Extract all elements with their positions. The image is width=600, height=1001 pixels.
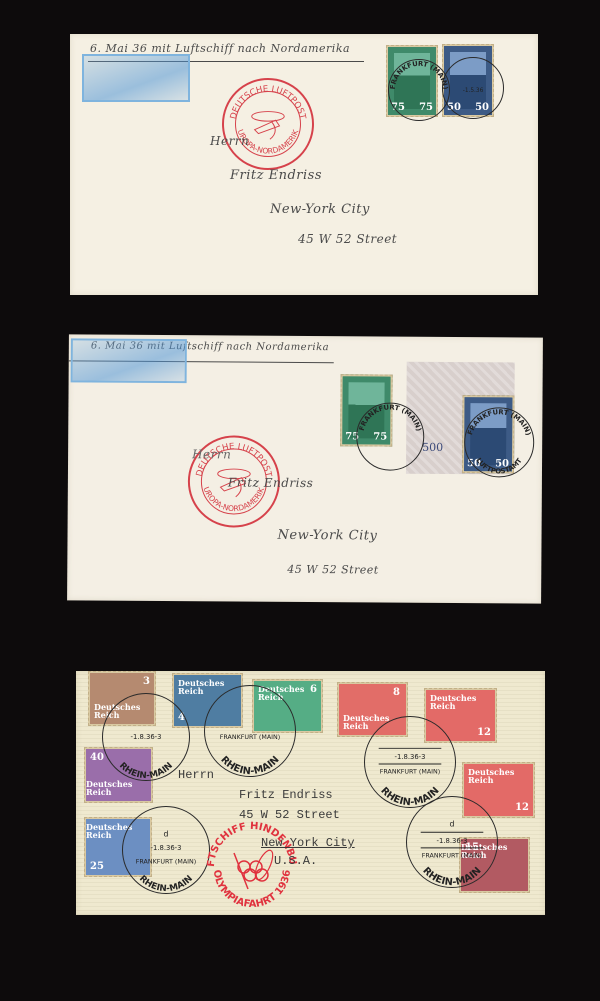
address-line: Fritz Endriss [228,475,314,490]
svg-text:LUFTPOSTAMT: LUFTPOSTAMT [474,456,524,475]
svg-text:d: d [450,819,455,828]
rhein-main-postmark: d -1.8.36-3 FRANKFURT (MAIN) RHEIN-MAIN [406,796,498,888]
sheet-margin-number: 500 [422,441,443,454]
zeppelin-plane-icon: DEUTSCHE LUFTPOST EUROPA-NORDAMERIKA [224,80,312,168]
svg-text:DEUTSCHE LUFTPOST: DEUTSCHE LUFTPOST [229,84,308,121]
svg-text:FRANKFURT (MAIN): FRANKFURT (MAIN) [358,403,423,432]
svg-text:FRANKFURT (MAIN): FRANKFURT (MAIN) [466,408,532,437]
deutsche-luftpost-cachet: DEUTSCHE LUFTPOST EUROPA-NORDAMERIKA [222,78,314,170]
address-line: New York City [261,836,355,850]
svg-text:OLYMPIAFAHRT 1936: OLYMPIAFAHRT 1936 [211,869,293,910]
svg-text:RHEIN-MAIN: RHEIN-MAIN [137,874,195,894]
svg-text:-1.8.36-3: -1.8.36-3 [151,844,182,852]
frankfurt-postmark: FRANKFURT (MAIN) [356,402,424,470]
rhein-main-postmark: -1.8.36-3 FRANKFURT (MAIN) RHEIN-MAIN [364,716,456,808]
address-line: 45 W 52 Street [287,563,379,577]
address-line: Fritz Endriss [230,168,322,183]
rhein-main-postmark: d -1.8.36-3 FRANKFURT (MAIN) RHEIN-MAIN [122,806,210,894]
address-line: U.S.A. [274,854,317,868]
blue-flight-cachet [82,54,190,102]
address-line: 45 W 52 Street [298,232,397,246]
svg-text:-1.8.36-3: -1.8.36-3 [395,753,426,761]
frankfurt-postmark: FRANKFURT (MAIN) [388,59,450,121]
svg-text:-1.5.36: -1.5.36 [463,88,484,94]
svg-text:RHEIN-MAIN: RHEIN-MAIN [117,761,175,781]
frankfurt-postmark: -1.5.36 [442,57,504,119]
blue-flight-cachet [71,338,187,383]
address-line: New-York City [270,202,370,217]
cover-2-envelope: 6. Mai 36 mit Luftschiff nach Nordamerik… [67,334,543,603]
svg-text:RHEIN-MAIN: RHEIN-MAIN [218,754,281,777]
address-line: Fritz Endriss [239,788,333,802]
svg-text:FRANKFURT (MAIN): FRANKFURT (MAIN) [220,734,281,741]
svg-text:FRANKFURT (MAIN): FRANKFURT (MAIN) [136,859,197,866]
rhein-main-postmark: FRANKFURT (MAIN) RHEIN-MAIN [204,685,296,777]
svg-text:FRANKFURT (MAIN): FRANKFURT (MAIN) [389,60,449,90]
address-line: Herrn [178,768,214,782]
address-line: 45 W 52 Street [239,808,340,822]
frankfurt-postmark: FRANKFURT (MAIN) LUFTPOSTAMT [464,407,534,477]
cover-1-envelope: 6. Mai 36 mit Luftschiff nach Nordamerik… [70,34,538,295]
svg-text:FRANKFURT (MAIN): FRANKFURT (MAIN) [422,853,483,860]
svg-text:-1.8.36-3: -1.8.36-3 [131,733,162,741]
address-line: Herrn [210,134,249,148]
cover-3-envelope: Deutsches Reich 3 Deutsches Reich 4 Deut… [76,671,545,915]
svg-text:FRANKFURT (MAIN): FRANKFURT (MAIN) [380,769,441,776]
svg-text:RHEIN-MAIN: RHEIN-MAIN [420,865,483,888]
address-line: Herrn [192,447,231,461]
svg-text:-1.8.36-3: -1.8.36-3 [437,837,468,845]
svg-text:d: d [164,829,169,838]
rhein-main-postmark: -1.8.36-3 RHEIN-MAIN [102,693,190,781]
address-line: New-York City [277,528,377,544]
